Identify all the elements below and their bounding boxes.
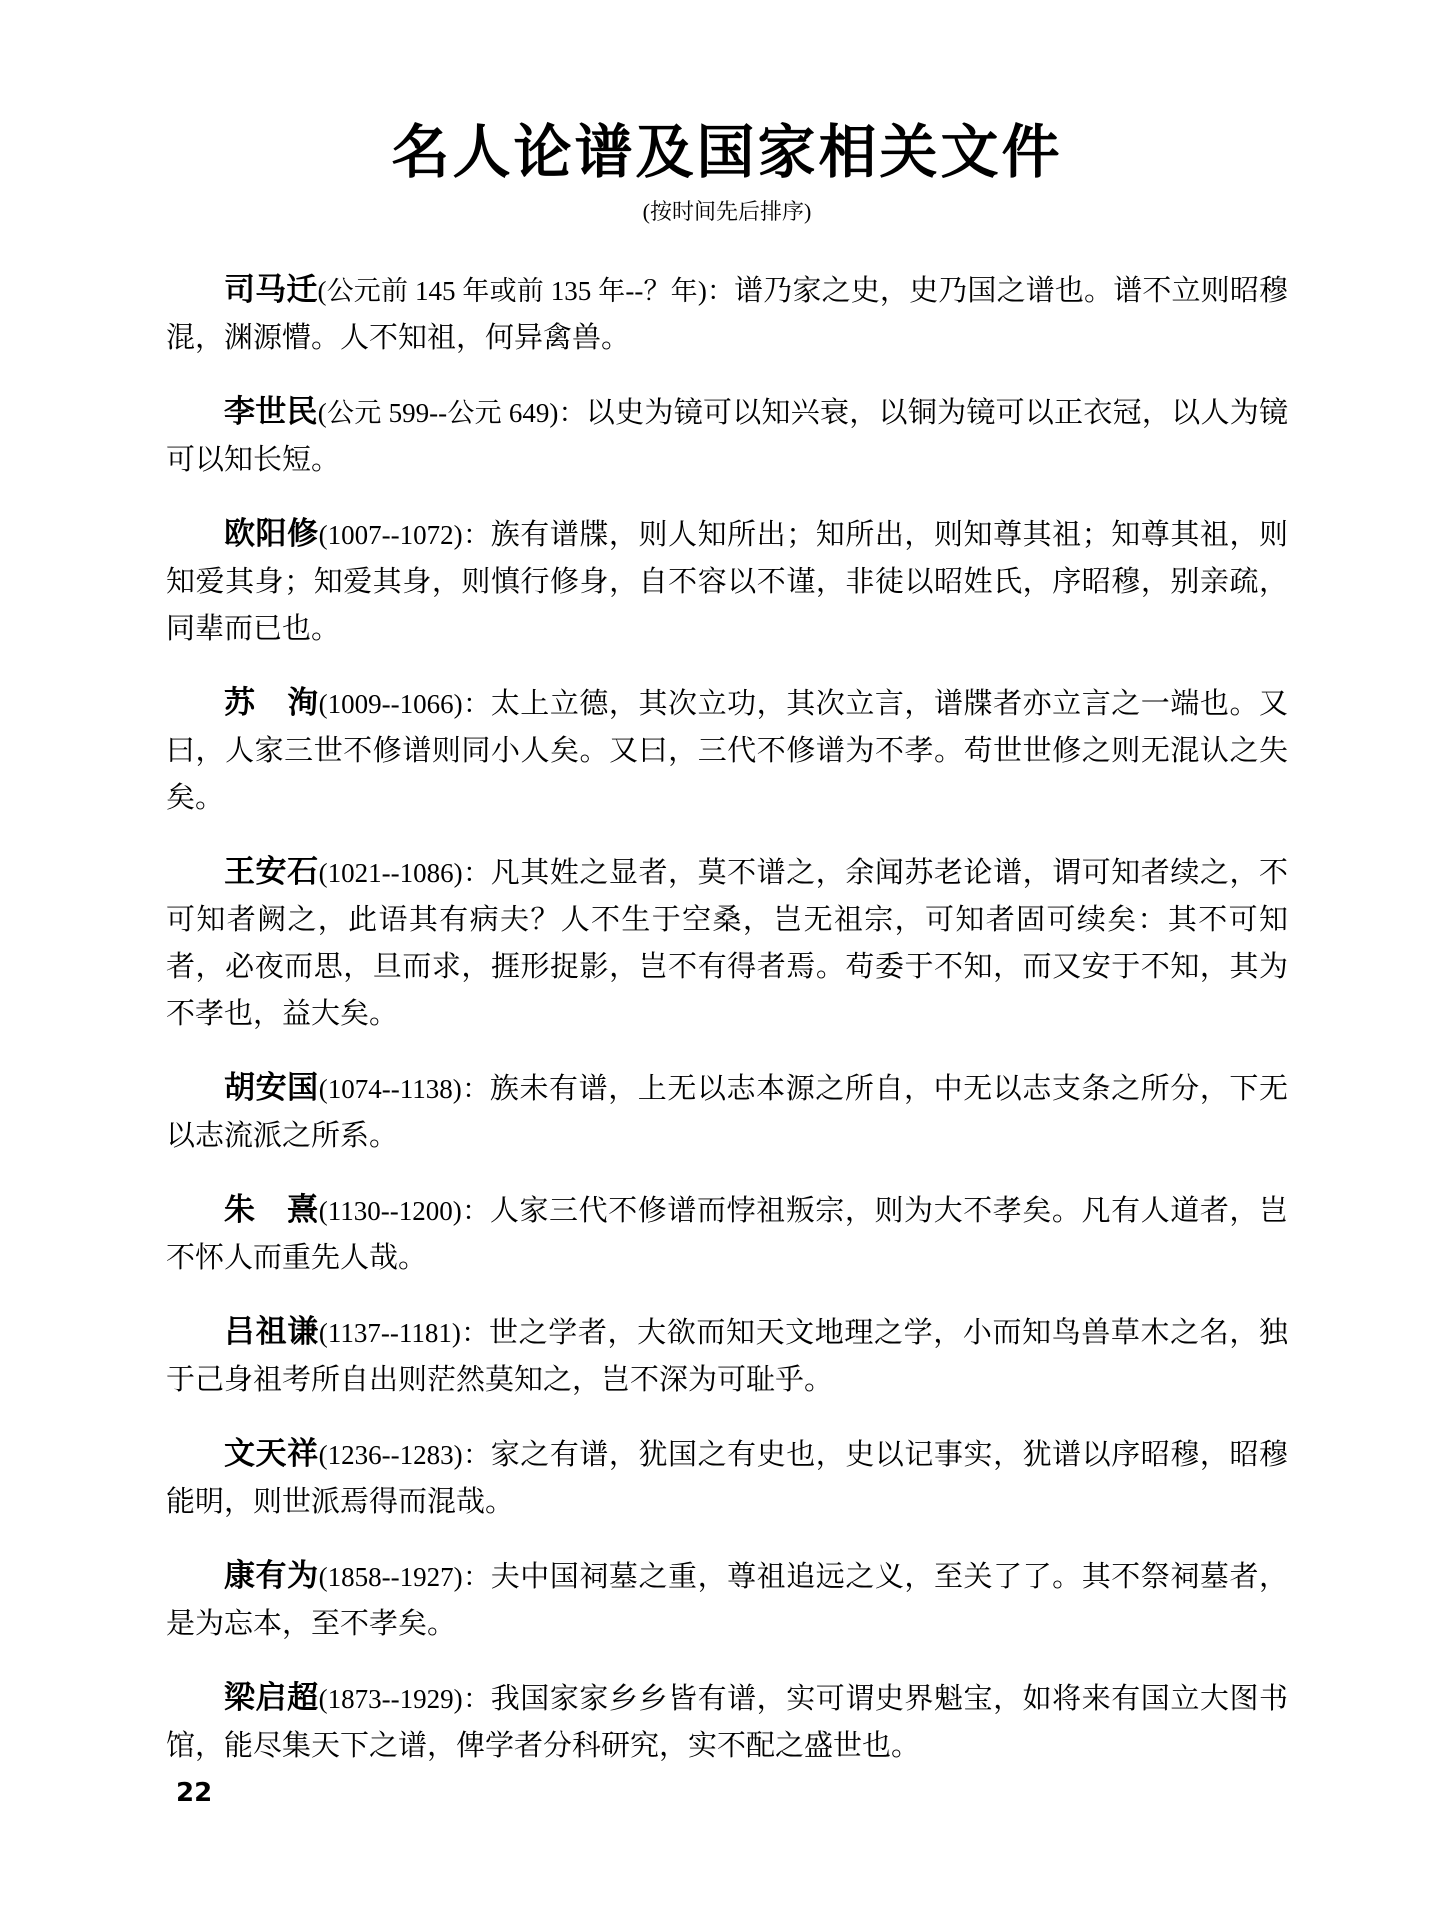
quote-paragraph: 康有为(1858--1927)：夫中国祠墓之重，尊祖追远之义，至关了了。其不祭祠… [166, 1552, 1288, 1648]
person-name: 康有为 [224, 1558, 319, 1593]
page-subtitle: (按时间先后排序) [166, 198, 1288, 226]
page-title: 名人论谱及国家相关文件 [166, 118, 1288, 188]
person-dates: (1021--1086)： [319, 858, 491, 888]
quote-paragraph: 胡安国(1074--1138)：族未有谱，上无以志本源之所自，中无以志支条之所分… [166, 1064, 1288, 1160]
quote-paragraph: 吕祖谦(1137--1181)：世之学者，大欲而知天文地理之学，小而知鸟兽草木之… [166, 1308, 1288, 1404]
quote-paragraph: 朱 熹(1130--1200)：人家三代不修谱而悖祖叛宗，则为大不孝矣。凡有人道… [166, 1186, 1288, 1282]
person-name: 李世民 [224, 394, 318, 429]
person-name: 司马迁 [224, 272, 317, 307]
quote-list: 司马迁(公元前 145 年或前 135 年--？年)：谱乃家之史，史乃国之谱也。… [166, 266, 1288, 1770]
quote-paragraph: 欧阳修(1007--1072)：族有谱牒，则人知所出；知所出，则知尊其祖；知尊其… [166, 510, 1288, 653]
quote-paragraph: 文天祥(1236--1283)：家之有谱，犹国之有史也，史以记事实，犹谱以序昭穆… [166, 1430, 1288, 1526]
person-dates: (1007--1072)： [319, 520, 491, 550]
person-name: 梁启超 [224, 1680, 319, 1715]
person-name: 文天祥 [224, 1436, 319, 1471]
quote-paragraph: 苏 洵(1009--1066)：太上立德，其次立功，其次立言，谱牒者亦立言之一端… [166, 679, 1288, 822]
person-name: 朱 熹 [224, 1192, 319, 1227]
person-dates: (1009--1066)： [319, 689, 491, 719]
person-dates: (1130--1200)： [319, 1196, 490, 1226]
person-dates: (公元 599--公元 649)： [318, 398, 586, 428]
quote-paragraph: 梁启超(1873--1929)：我国家家乡乡皆有谱，实可谓史界魁宝，如将来有国立… [166, 1674, 1288, 1770]
quote-paragraph: 王安石(1021--1086)：凡其姓之显者，莫不谱之，余闻苏老论谱，谓可知者续… [166, 848, 1288, 1038]
quote-paragraph: 司马迁(公元前 145 年或前 135 年--？年)：谱乃家之史，史乃国之谱也。… [166, 266, 1288, 362]
document-page: 名人论谱及国家相关文件 (按时间先后排序) 司马迁(公元前 145 年或前 13… [0, 0, 1438, 1920]
person-name: 欧阳修 [224, 516, 319, 551]
person-dates: (1873--1929)： [319, 1684, 491, 1714]
quote-paragraph: 李世民(公元 599--公元 649)：以史为镜可以知兴衰，以铜为镜可以正衣冠，… [166, 388, 1288, 484]
person-name: 吕祖谦 [224, 1314, 319, 1349]
person-dates: (公元前 145 年或前 135 年--？年)： [317, 276, 734, 306]
person-dates: (1137--1181)： [319, 1318, 489, 1348]
person-dates: (1236--1283)： [319, 1440, 491, 1470]
page-number: 22 [176, 1778, 212, 1808]
person-name: 苏 洵 [224, 685, 319, 720]
person-name: 王安石 [224, 854, 319, 889]
person-name: 胡安国 [224, 1070, 319, 1105]
person-dates: (1858--1927)： [319, 1562, 491, 1592]
person-dates: (1074--1138)： [319, 1074, 490, 1104]
